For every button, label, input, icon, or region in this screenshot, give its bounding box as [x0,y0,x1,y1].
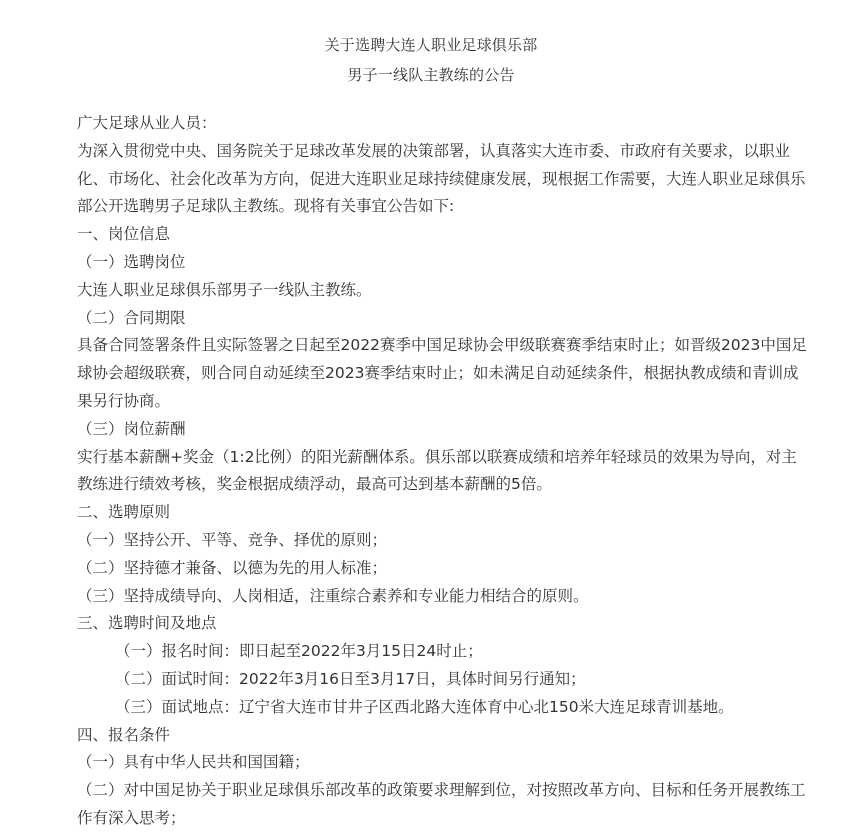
position-text: 大连人职业足球俱乐部男子一线队主教练。 [77,277,812,305]
intro-paragraph: 为深入贯彻党中央、国务院关于足球改革发展的决策部署，认真落实大连市委、市政府有关… [77,138,812,221]
principle-item: （三）坚持成绩导向、人岗相适，注重综合素养和专业能力相结合的原则。 [77,583,812,611]
section-heading-position-info: 一、岗位信息 [77,221,812,249]
requirement-item: （二）对中国足协关于职业足球俱乐部改革的政策要求理解到位，对按照改革方向、目标和… [77,777,812,833]
interview-time: （二）面试时间：2022年3月16日至3月17日，具体时间另行通知； [77,666,812,694]
principle-item: （二）坚持德才兼备、以德为先的用人标准； [77,555,812,583]
requirement-item: （一）具有中华人民共和国国籍； [77,749,812,777]
subheading-contract-term: （二）合同期限 [77,305,812,333]
document-body: 广大足球从业人员： 为深入贯彻党中央、国务院关于足球改革发展的决策部署，认真落实… [0,110,862,833]
section-heading-principles: 二、选聘原则 [77,499,812,527]
document-title-line-2: 男子一线队主教练的公告 [0,60,862,90]
subheading-position: （一）选聘岗位 [77,249,812,277]
interview-location: （三）面试地点：辽宁省大连市甘井子区西北路大连体育中心北150米大连足球青训基地… [77,694,812,722]
principle-item: （一）坚持公开、平等、竞争、择优的原则； [77,527,812,555]
document-title-line-1: 关于选聘大连人职业足球俱乐部 [0,30,862,60]
salutation: 广大足球从业人员： [77,110,812,138]
contract-term-text: 具备合同签署条件且实际签署之日起至2022赛季中国足球协会甲级联赛赛季结束时止；… [77,332,812,415]
registration-time: （一）报名时间：即日起至2022年3月15日24时止； [77,638,812,666]
section-heading-requirements: 四、报名条件 [77,722,812,750]
salary-text: 实行基本薪酬+奖金（1:2比例）的阳光薪酬体系。俱乐部以联赛成绩和培养年轻球员的… [77,444,812,500]
section-heading-time-location: 三、选聘时间及地点 [77,610,812,638]
announcement-document: 关于选聘大连人职业足球俱乐部 男子一线队主教练的公告 广大足球从业人员： 为深入… [0,0,862,833]
subheading-salary: （三）岗位薪酬 [77,416,812,444]
